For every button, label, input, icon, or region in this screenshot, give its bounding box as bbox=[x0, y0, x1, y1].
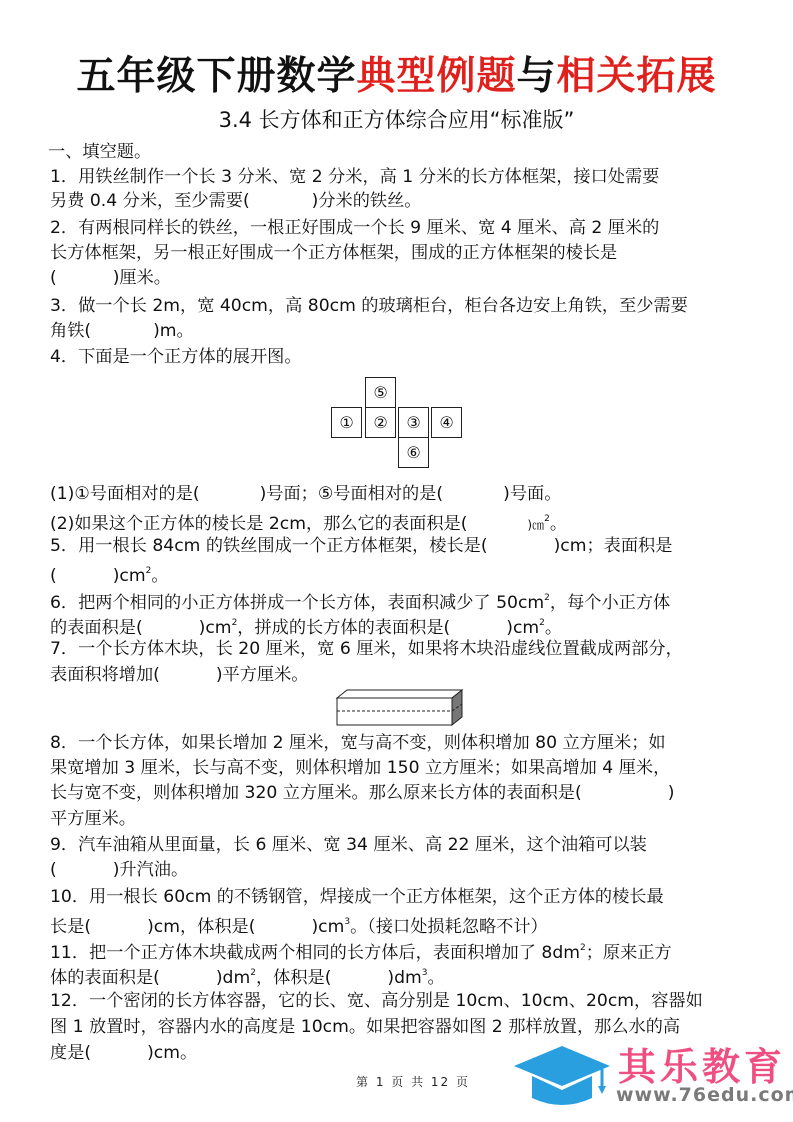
q1-text-a: 另费 0.4 分米，至少需要( bbox=[50, 191, 250, 211]
q10-text-a: 长是( bbox=[50, 917, 91, 937]
q9-text-b: )升汽油。 bbox=[113, 860, 188, 880]
q11-text-g: 。 bbox=[428, 968, 445, 988]
q4-sub2-text-a: (2)如果这个正方体的棱长是 2cm，那么它的表面积是( bbox=[50, 514, 467, 534]
q4-sub2-text-c: 。 bbox=[550, 514, 567, 534]
q11-line2: 体的表面积是()dm2，体积是()dm3。 bbox=[50, 962, 445, 989]
q5-line2: ()cm2。 bbox=[50, 560, 169, 587]
q9-text-a: ( bbox=[50, 860, 57, 880]
page-subtitle: 3.4 长方体和正方体综合应用“标准版” bbox=[0, 106, 793, 134]
q3-line2: 角铁()m。 bbox=[50, 320, 194, 342]
q6-text-b: ，每个小正方体 bbox=[550, 593, 670, 613]
graduation-cap-icon bbox=[510, 1040, 615, 1110]
q1-line1: 1．用铁丝制作一个长 3 分米、宽 2 分米，高 1 分米的长方体框架，接口处需… bbox=[50, 166, 659, 188]
net-face-3: ③ bbox=[398, 407, 429, 438]
cuboid-diagram bbox=[335, 688, 465, 728]
net-face-4: ④ bbox=[431, 407, 462, 438]
page-title: 五年级下册数学典型例题与相关拓展 bbox=[0, 52, 793, 102]
page-number: 第 1 页 共 12 页 bbox=[356, 1073, 470, 1090]
q6-text-c: 的表面积是( bbox=[50, 618, 143, 638]
q8-text-a: 长与宽不变，则体积增加 320 立方厘米。那么原来长方体的表面积是( bbox=[50, 783, 582, 803]
q3-text-a: 角铁( bbox=[50, 321, 91, 341]
q6-text-a: 6．把两个相同的小正方体拼成一个长方体，表面积减少了 50cm bbox=[50, 593, 544, 613]
q6-text-g: 。 bbox=[545, 618, 562, 638]
net-face-6: ⑥ bbox=[398, 437, 429, 468]
q1-line2: 另费 0.4 分米，至少需要()分米的铁丝。 bbox=[50, 190, 422, 212]
q2-line1: 2．有两根同样长的铁丝，一根正好围成一个长 9 厘米、宽 4 厘米、高 2 厘米… bbox=[50, 217, 659, 239]
q6-line2: 的表面积是()cm2，拼成的长方体的表面积是()cm2。 bbox=[50, 612, 562, 639]
q12-line1: 12．一个密闭的长方体容器，它的长、宽、高分别是 10cm、10cm、20cm，… bbox=[50, 990, 703, 1012]
q12-line3: 度是()cm。 bbox=[50, 1042, 197, 1064]
q5-text-d: )cm bbox=[113, 566, 146, 586]
q2-text-b: )厘米。 bbox=[113, 268, 171, 288]
q6-text-f: )cm bbox=[506, 618, 539, 638]
q8-text-b: ) bbox=[668, 783, 675, 803]
q12-text-a: 度是( bbox=[50, 1043, 91, 1063]
q4-sub2-text-b: )㎝ bbox=[527, 518, 544, 532]
q11-text-e: ，体积是( bbox=[256, 968, 331, 988]
q2-line2: 长方体框架，另一根正好围成一个正方体框架，围成的正方体框架的棱长是 bbox=[50, 242, 617, 264]
q12-line2: 图 1 放置时，容器内水的高度是 10cm。如果把容器如图 2 那样放置，那么水… bbox=[50, 1016, 680, 1038]
q10-text-b: )cm，体积是( bbox=[147, 917, 255, 937]
q11-text-b: ；原来正方 bbox=[586, 943, 672, 963]
q6-text-e: ，拼成的长方体的表面积是( bbox=[237, 618, 450, 638]
q2-line3: ()厘米。 bbox=[50, 267, 171, 289]
q6-line1: 6．把两个相同的小正方体拼成一个长方体，表面积减少了 50cm2，每个小正方体 bbox=[50, 587, 670, 614]
q7-text-a: 表面积将增加( bbox=[50, 665, 160, 685]
q11-text-a: 11．把一个正方体木块截成两个相同的长方体后，表面积增加了 8dm bbox=[50, 943, 580, 963]
q10-line2: 长是()cm，体积是()cm3。（接口处损耗忽略不计） bbox=[50, 911, 548, 938]
watermark-brand: 其乐教育 bbox=[618, 1036, 786, 1091]
q5-text-a: 5．用一根长 84cm 的铁丝围成一个正方体框架，棱长是( bbox=[50, 536, 488, 556]
watermark-url: www.76edu.com bbox=[616, 1084, 793, 1106]
q10-text-d: 。（接口处损耗忽略不计） bbox=[350, 917, 548, 937]
q10-text-c: )cm bbox=[311, 917, 344, 937]
q4-sub1: (1)①号面相对的是()号面；⑤号面相对的是()号面。 bbox=[50, 483, 561, 505]
q5-line1: 5．用一根长 84cm 的铁丝围成一个正方体框架，棱长是()cm；表面积是 bbox=[50, 535, 672, 557]
q4-line1: 4．下面是一个正方体的展开图。 bbox=[50, 346, 302, 368]
section-heading: 一、填空题。 bbox=[48, 141, 151, 163]
q11-text-f: )dm bbox=[387, 968, 421, 988]
q2-text-a: ( bbox=[50, 268, 57, 288]
q4-sub1-text-c: )号面。 bbox=[503, 484, 561, 504]
q8-line3: 长与宽不变，则体积增加 320 立方厘米。那么原来长方体的表面积是() bbox=[50, 782, 674, 804]
q7-line1: 7．一个长方体木块，长 20 厘米，宽 6 厘米，如果将木块沿虚线位置截成两部分… bbox=[50, 638, 683, 660]
q8-line1: 8．一个长方体，如果长增加 2 厘米，宽与高不变，则体积增加 80 立方厘米；如 bbox=[50, 732, 666, 754]
q8-line4: 平方厘米。 bbox=[50, 808, 136, 830]
q3-text-b: )m。 bbox=[153, 321, 194, 341]
q9-line2: ()升汽油。 bbox=[50, 859, 188, 881]
title-part-2: 典型例题 bbox=[356, 54, 516, 99]
q12-text-b: )cm。 bbox=[147, 1043, 197, 1063]
net-face-1: ① bbox=[331, 407, 362, 438]
q10-line1: 10．用一根长 60cm 的不锈钢管，焊接成一个正方体框架，这个正方体的棱长最 bbox=[50, 886, 664, 908]
q7-text-b: )平方厘米。 bbox=[216, 665, 309, 685]
q6-text-d: )cm bbox=[199, 618, 232, 638]
title-part-3: 与 bbox=[517, 54, 557, 99]
q11-text-d: )dm bbox=[216, 968, 250, 988]
watermark-logo: 其乐教育 www.76edu.com bbox=[510, 1040, 790, 1120]
q5-text-c: ( bbox=[50, 566, 57, 586]
net-face-5: ⑤ bbox=[365, 377, 396, 408]
q9-line1: 9．汽车油箱从里面量，长 6 厘米、宽 34 厘米、高 22 厘米，这个油箱可以… bbox=[50, 834, 647, 856]
q7-line2: 表面积将增加()平方厘米。 bbox=[50, 664, 309, 686]
q11-text-c: 体的表面积是( bbox=[50, 968, 160, 988]
q1-text-b: )分米的铁丝。 bbox=[312, 191, 422, 211]
q5-text-b: )cm；表面积是 bbox=[554, 536, 673, 556]
q3-line1: 3．做一个长 2m，宽 40cm，高 80cm 的玻璃柜台，柜台各边安上角铁，至… bbox=[50, 295, 688, 317]
q4-sub2: (2)如果这个正方体的棱长是 2cm，那么它的表面积是()㎝2。 bbox=[50, 508, 567, 536]
net-face-2: ② bbox=[365, 407, 396, 438]
q4-sub1-text-a: (1)①号面相对的是( bbox=[50, 484, 200, 504]
title-part-1: 五年级下册数学 bbox=[76, 54, 356, 99]
q8-line2: 果宽增加 3 厘米，长与高不变，则体积增加 150 立方厘米；如果高增加 4 厘… bbox=[50, 757, 670, 779]
title-part-4: 相关拓展 bbox=[557, 54, 717, 99]
q11-line1: 11．把一个正方体木块截成两个相同的长方体后，表面积增加了 8dm2；原来正方 bbox=[50, 937, 672, 964]
q5-text-e: 。 bbox=[151, 566, 168, 586]
q4-sub1-text-b: )号面；⑤号面相对的是( bbox=[260, 484, 444, 504]
